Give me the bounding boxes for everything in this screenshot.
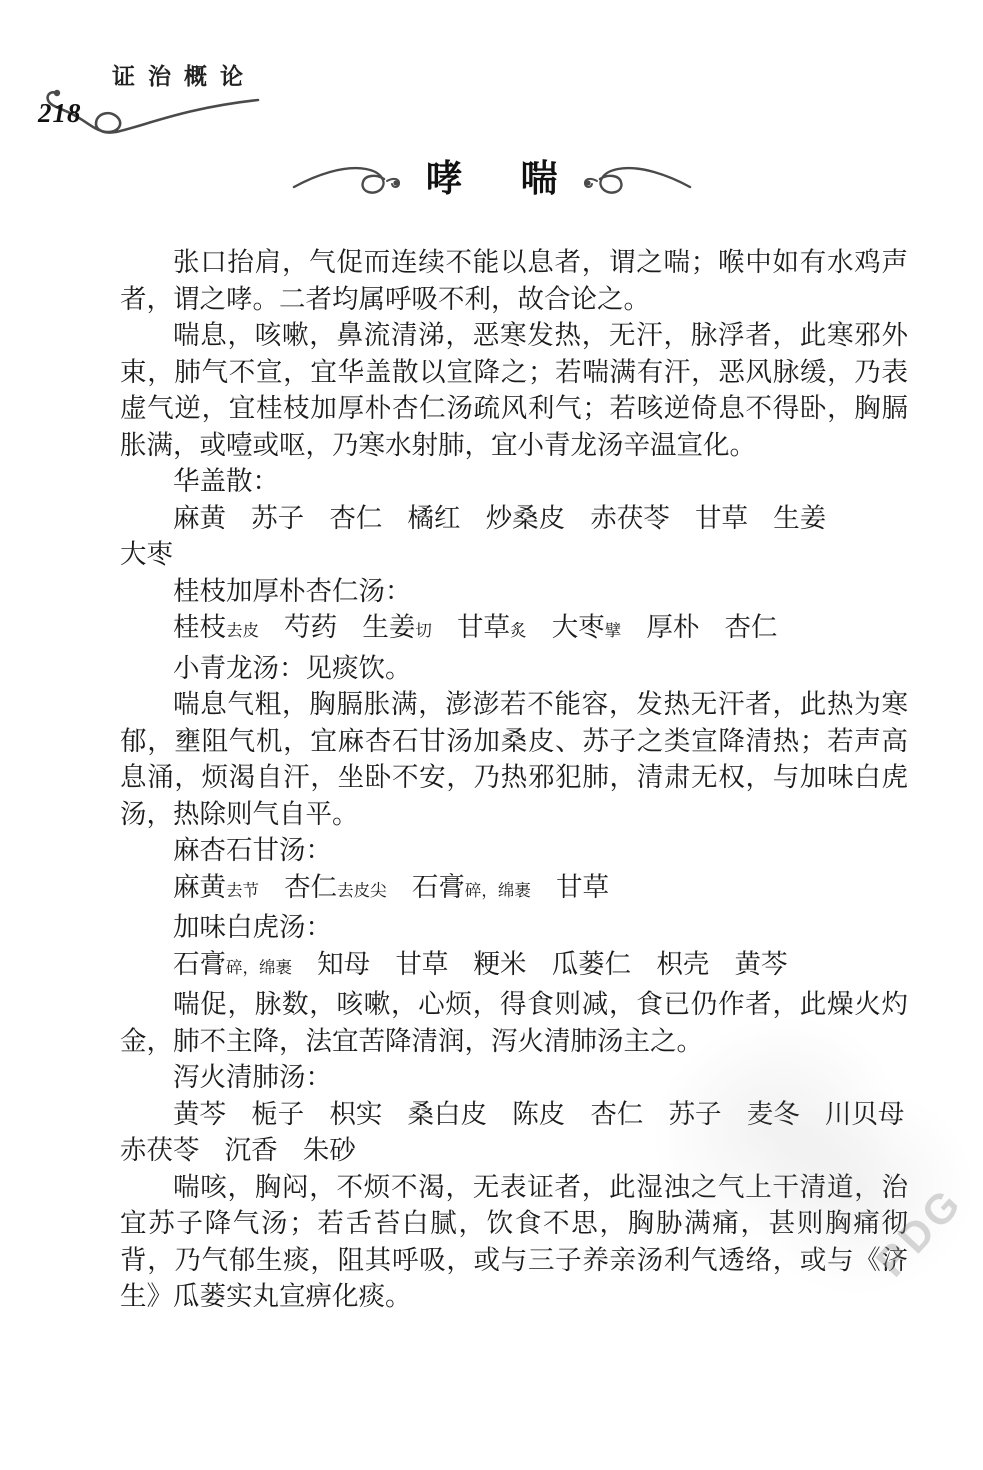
chapter-title-char-2: 喘 [521,154,558,206]
paragraph: 喘息，咳嗽，鼻流清涕，恶寒发热，无汗，脉浮者，此寒邪外束，肺气不宣，宜华盖散以宣… [120,317,908,463]
title-ornament-right-icon [574,157,692,203]
formula-label: 小青龙汤：见痰饮。 [120,650,908,687]
herb-item: 芍药 [284,612,337,642]
formula-label: 麻杏石甘汤： [120,832,908,869]
herb-item: 川贝母 [825,1099,905,1129]
herb-item: 杏仁去皮尖 [284,872,387,902]
herb-item: 甘草炙 [457,612,527,642]
herb-item: 炒桑皮 [486,503,566,533]
body-text: 张口抬肩，气促而连续不能以息者，谓之喘；喉中如有水鸡声者，谓之哮。二者均属呼吸不… [120,244,908,1315]
page-header: 证治概论 218 [0,0,340,150]
herb-note: 炙 [510,621,527,640]
formula-label: 泻火清肺汤： [120,1059,908,1096]
herb-item: 枳壳 [656,949,709,979]
herb-item: 黄芩 [735,949,788,979]
herb-item: 橘红 [408,503,461,533]
herb-item: 瓜蒌仁 [552,949,632,979]
herb-row: 麻黄去节杏仁去皮尖石膏碎，绵裹甘草 [120,869,908,910]
herb-item: 赤茯苓 [120,1135,200,1165]
herb-item: 赤茯苓 [590,503,670,533]
herb-note: 去皮 [226,621,259,640]
paragraph: 喘息气粗，胸膈胀满，澎澎若不能容，发热无汗者，此热为寒郁，壅阻气机，宜麻杏石甘汤… [120,686,908,832]
page-number: 218 [38,98,82,129]
herb-item: 生姜切 [362,612,432,642]
herb-item: 甘草 [695,503,748,533]
herb-item: 大枣擘 [552,612,622,642]
herb-item: 桑白皮 [408,1099,488,1129]
formula-label: 华盖散： [120,463,908,500]
herb-note: 切 [415,621,432,640]
herb-note: 碎，绵裹 [465,881,531,900]
herb-row: 黄芩栀子枳实桑白皮陈皮杏仁苏子麦冬川贝母 [120,1096,908,1133]
herb-note: 碎，绵裹 [226,958,292,977]
herb-note: 去皮尖 [337,881,387,900]
herb-row: 桂枝去皮芍药生姜切甘草炙大枣擘厚朴杏仁 [120,609,908,650]
herb-item: 麻黄去节 [173,872,259,902]
herb-item: 甘草 [395,949,448,979]
herb-item: 大枣 [120,539,173,569]
herb-row: 赤茯苓沉香朱砂 [120,1132,908,1169]
title-ornament-left-icon [292,157,410,203]
formula-label: 加味白虎汤： [120,909,908,946]
herb-item: 桂枝去皮 [173,612,259,642]
herb-row: 大枣 [120,536,908,573]
herb-item: 厚朴 [646,612,699,642]
formula-label: 桂枝加厚朴杏仁汤： [120,573,908,610]
paragraph: 喘促，脉数，咳嗽，心烦，得食则减，食已仍作者，此燥火灼金，肺不主降，法宜苦降清润… [120,986,908,1059]
chapter-title-row: 哮 喘 [0,154,983,206]
herb-note: 擘 [605,621,622,640]
chapter-title-char-1: 哮 [426,154,463,206]
book-page: 证治概论 218 哮 喘 张口抬肩，气促而连续不能以息者，谓之喘；喉中如有水鸡声… [0,0,983,1470]
herb-item: 栀子 [251,1099,304,1129]
herb-item: 杏仁 [725,612,778,642]
herb-item: 石膏碎，绵裹 [173,949,292,979]
herb-note: 去节 [226,881,259,900]
herb-item: 枳实 [329,1099,382,1129]
herb-row: 石膏碎，绵裹知母甘草粳米瓜蒌仁枳壳黄芩 [120,946,908,987]
herb-item: 苏子 [251,503,304,533]
herb-item: 黄芩 [173,1099,226,1129]
herb-item: 杏仁 [590,1099,643,1129]
herb-item: 陈皮 [512,1099,565,1129]
herb-item: 沉香 [225,1135,278,1165]
herb-item: 麻黄 [173,503,226,533]
herb-row: 麻黄苏子杏仁橘红炒桑皮赤茯苓甘草生姜 [120,500,908,537]
herb-item: 粳米 [474,949,527,979]
herb-item: 生姜 [773,503,826,533]
herb-item: 知母 [317,949,370,979]
herb-item: 甘草 [556,872,609,902]
herb-item: 朱砂 [303,1135,356,1165]
herb-item: 苏子 [669,1099,722,1129]
herb-item: 麦冬 [747,1099,800,1129]
paragraph: 张口抬肩，气促而连续不能以息者，谓之喘；喉中如有水鸡声者，谓之哮。二者均属呼吸不… [120,244,908,317]
herb-item: 石膏碎，绵裹 [412,872,531,902]
paragraph: 喘咳，胸闷，不烦不渴，无表证者，此湿浊之气上干清道，治宜苏子降气汤；若舌苔白腻，… [120,1169,908,1315]
herb-item: 杏仁 [329,503,382,533]
